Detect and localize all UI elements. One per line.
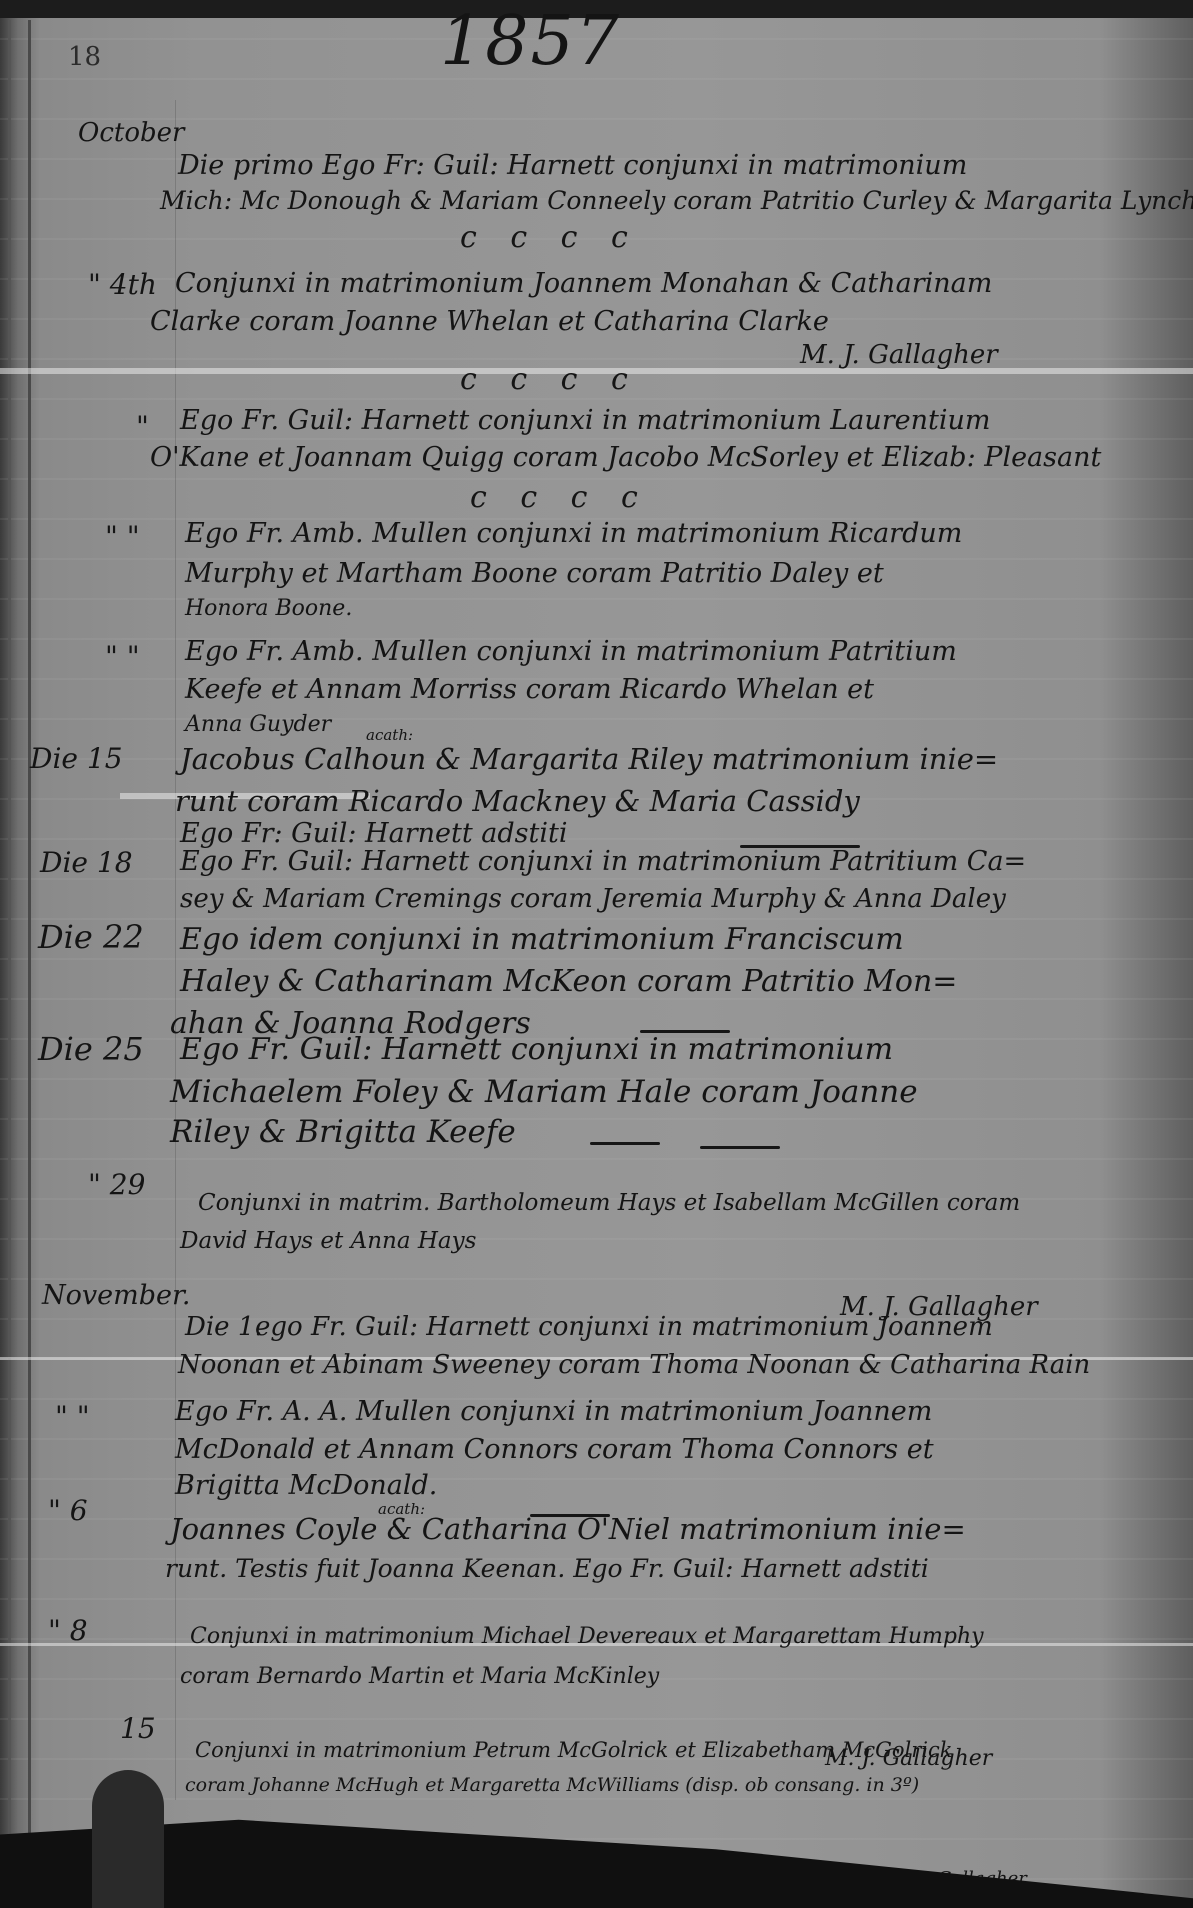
entry-line: Jacobus Calhoun & Margarita Riley matrim… xyxy=(180,742,998,776)
entry-separator: c c c c xyxy=(460,362,640,397)
entry-line: Conjunxi in matrim. Bartholomeum Hays et… xyxy=(198,1190,1020,1216)
entry-line: Ego Fr. Guil: Harnett conjunxi in matrim… xyxy=(180,846,1026,877)
entry-line: runt. Testis fuit Joanna Keenan. Ego Fr.… xyxy=(165,1554,929,1583)
entry-line: coram Johanne McHugh et Margaretta McWil… xyxy=(185,1774,919,1796)
entry-date: Die 22 xyxy=(38,918,144,956)
entry-line: Haley & Catharinam McKeon coram Patritio… xyxy=(180,964,957,999)
entry-line: Ego Fr. Amb. Mullen conjunxi in matrimon… xyxy=(185,636,957,667)
entry-line: McDonald et Annam Connors coram Thoma Co… xyxy=(175,1434,934,1465)
entry-line: Michaelem Foley & Mariam Hale coram Joan… xyxy=(170,1074,918,1110)
month-heading-november: November. xyxy=(42,1280,191,1311)
page-number: 18 xyxy=(68,42,101,72)
entry-date: " 29 xyxy=(88,1168,145,1201)
entry-separator: c c c c xyxy=(470,480,650,515)
entry-separator: c c c c xyxy=(460,220,640,255)
thumb-shadow xyxy=(92,1770,164,1908)
entry-date: " " xyxy=(105,640,140,673)
entry-date: " 6 xyxy=(48,1494,88,1527)
month-heading-october: October xyxy=(78,118,184,148)
entry-line: ego Fr. Guil: Harnett conjunxi in matrim… xyxy=(255,1312,993,1342)
entry-line: Keefe et Annam Morriss coram Ricardo Whe… xyxy=(185,674,874,705)
entry-line: Joannes Coyle & Catharina O'Niel matrimo… xyxy=(170,1512,966,1546)
entry-line: Riley & Brigitta Keefe xyxy=(170,1114,516,1150)
entry-line: Anna Guyder xyxy=(185,712,331,737)
entry-date: Die 18 xyxy=(40,846,133,879)
entry-line: David Hays et Anna Hays xyxy=(180,1228,476,1254)
entry-line: Mich: Mc Donough & Mariam Conneely coram… xyxy=(160,186,1193,215)
entry-line: Conjunxi in matrimonium Michael Devereau… xyxy=(190,1624,984,1649)
entry-line: sey & Mariam Cremings coram Jeremia Murp… xyxy=(180,884,1006,914)
entry-line: coram Bernardo Martin et Maria McKinley xyxy=(180,1664,659,1689)
scan-shadow xyxy=(0,1810,1193,1908)
entry-date: " 8 xyxy=(48,1614,88,1647)
entry-line: Ego Fr. Guil: Harnett conjunxi in matrim… xyxy=(180,1032,893,1067)
entry-line: Ego Fr. Amb. Mullen conjunxi in matrimon… xyxy=(185,518,962,549)
entry-end-flourish xyxy=(700,1146,780,1149)
entry-line: Ego Fr. Guil: Harnett conjunxi in matrim… xyxy=(180,405,990,436)
binding-edge xyxy=(8,20,11,1880)
entry-line: O'Kane et Joannam Quigg coram Jacobo McS… xyxy=(150,442,1101,473)
entry-line: Noonan et Abinam Sweeney coram Thoma Noo… xyxy=(178,1350,1090,1380)
entry-end-flourish xyxy=(590,1142,660,1145)
register-page: 18 1857 October Die primo Ego Fr: Guil: … xyxy=(0,0,1193,1908)
entry-line: Brigitta McDonald. xyxy=(175,1470,437,1501)
entry-line: Ego idem conjunxi in matrimonium Francis… xyxy=(180,922,904,957)
entry-date: " 4th xyxy=(88,268,157,301)
entry-line: Ego Fr: Guil: Harnett adstiti xyxy=(180,818,567,849)
entry-date: 15 xyxy=(120,1712,156,1745)
entry-date: " " xyxy=(55,1400,90,1433)
entry-line: Ego Fr. A. A. Mullen conjunxi in matrimo… xyxy=(175,1396,932,1427)
entry-date: Die 15 xyxy=(30,742,123,775)
entry-date: Die 1. xyxy=(185,1312,263,1342)
entry-date: " xyxy=(136,410,149,443)
priest-signature: M. J. Gallagher xyxy=(800,340,998,370)
entry-line: Conjunxi in matrimonium Petrum McGolrick… xyxy=(195,1738,952,1762)
entry-line: Murphy et Martham Boone coram Patritio D… xyxy=(185,558,884,589)
entry-line: Die primo Ego Fr: Guil: Harnett conjunxi… xyxy=(178,150,967,181)
entry-date: Die 25 xyxy=(38,1030,144,1068)
binding-edge xyxy=(28,20,31,1880)
entry-line: Clarke coram Joanne Whelan et Catharina … xyxy=(150,306,829,337)
entry-line: runt coram Ricardo Mackney & Maria Cassi… xyxy=(175,784,860,818)
entry-line: Honora Boone. xyxy=(185,596,352,621)
entry-line: Conjunxi in matrimonium Joannem Monahan … xyxy=(175,268,992,299)
entry-date: " " xyxy=(105,520,140,553)
page-year: 1857 xyxy=(440,2,621,81)
